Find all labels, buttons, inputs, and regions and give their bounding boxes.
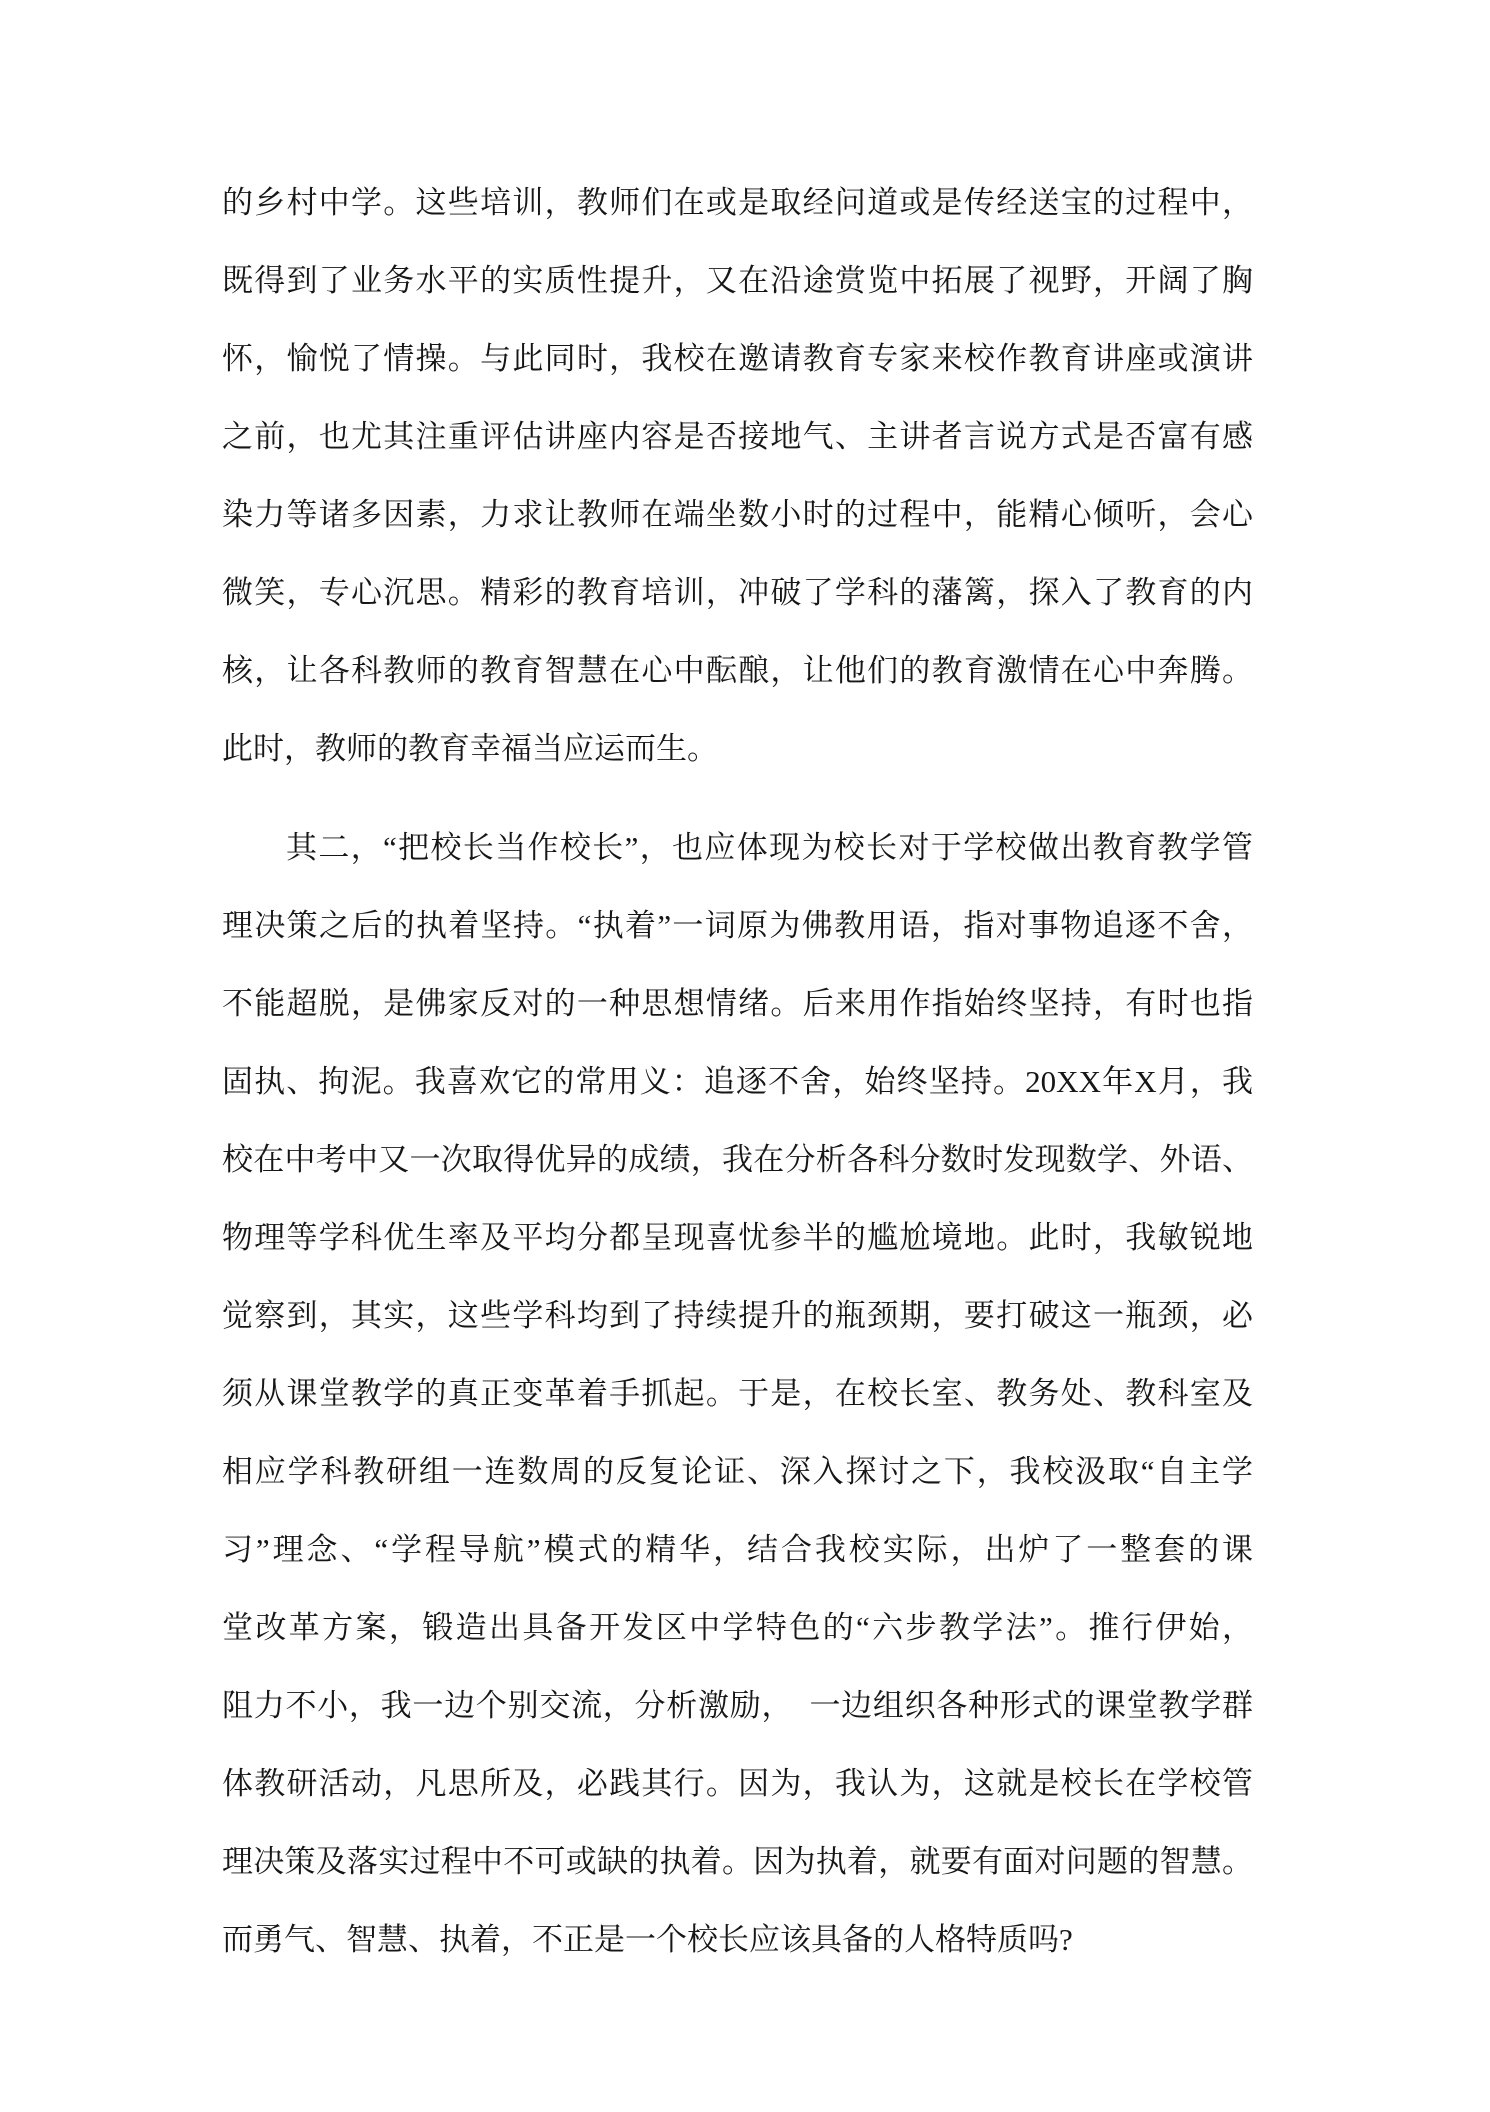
text-line: 怀，愉悦了情操。与此同时，我校在邀请教育专家来校作教育讲座或演讲 bbox=[222, 320, 1253, 398]
text-line: 既得到了业务水平的实质性提升，又在沿途赏览中拓展了视野，开阔了胸 bbox=[222, 242, 1253, 320]
text-line: 染力等诸多因素，力求让教师在端坐数小时的过程中，能精心倾听，会心 bbox=[222, 476, 1253, 554]
text-line: 校在中考中又一次取得优异的成绩，我在分析各科分数时发现数学、外语、 bbox=[222, 1121, 1253, 1199]
text-line: 阻力不小，我一边个别交流，分析激励， 一边组织各种形式的课堂教学群 bbox=[222, 1667, 1253, 1745]
text-line: 相应学科教研组一连数周的反复论证、深入探讨之下，我校汲取“自主学 bbox=[222, 1433, 1253, 1511]
document-body: 的乡村中学。这些培训，教师们在或是取经问道或是传经送宝的过程中，既得到了业务水平… bbox=[222, 164, 1253, 1979]
text-line: 物理等学科优生率及平均分都呈现喜忧参半的尴尬境地。此时，我敏锐地 bbox=[222, 1199, 1253, 1277]
text-line: 其二，“把校长当作校长”，也应体现为校长对于学校做出教育教学管 bbox=[222, 809, 1253, 887]
text-line: 固执、拘泥。我喜欢它的常用义：追逐不舍，始终坚持。20XX年X月，我 bbox=[222, 1043, 1253, 1121]
text-line: 觉察到，其实，这些学科均到了持续提升的瓶颈期，要打破这一瓶颈，必 bbox=[222, 1277, 1253, 1355]
text-line: 核，让各科教师的教育智慧在心中酝酿，让他们的教育激情在心中奔腾。 bbox=[222, 632, 1253, 710]
text-line: 之前，也尤其注重评估讲座内容是否接地气、主讲者言说方式是否富有感 bbox=[222, 398, 1253, 476]
text-line: 堂改革方案，锻造出具备开发区中学特色的“六步教学法”。推行伊始， bbox=[222, 1589, 1253, 1667]
text-line: 体教研活动，凡思所及，必践其行。因为，我认为，这就是校长在学校管 bbox=[222, 1745, 1253, 1823]
text-line: 理决策之后的执着坚持。“执着”一词原为佛教用语，指对事物追逐不舍， bbox=[222, 887, 1253, 965]
text-line: 习”理念、“学程导航”模式的精华，结合我校实际，出炉了一整套的课 bbox=[222, 1511, 1253, 1589]
text-line: 须从课堂教学的真正变革着手抓起。于是，在校长室、教务处、教科室及 bbox=[222, 1355, 1253, 1433]
text-line: 理决策及落实过程中不可或缺的执着。因为执着，就要有面对问题的智慧。 bbox=[222, 1823, 1253, 1901]
text-line: 而勇气、智慧、执着，不正是一个校长应该具备的人格特质吗? bbox=[222, 1901, 1253, 1979]
document-page: 的乡村中学。这些培训，教师们在或是取经问道或是传经送宝的过程中，既得到了业务水平… bbox=[0, 0, 1490, 2112]
text-line: 的乡村中学。这些培训，教师们在或是取经问道或是传经送宝的过程中， bbox=[222, 164, 1253, 242]
text-line: 微笑，专心沉思。精彩的教育培训，冲破了学科的藩篱，探入了教育的内 bbox=[222, 554, 1253, 632]
paragraph: 其二，“把校长当作校长”，也应体现为校长对于学校做出教育教学管理决策之后的执着坚… bbox=[222, 809, 1253, 1979]
text-line: 此时，教师的教育幸福当应运而生。 bbox=[222, 710, 1253, 788]
text-line: 不能超脱，是佛家反对的一种思想情绪。后来用作指始终坚持，有时也指 bbox=[222, 965, 1253, 1043]
paragraph: 的乡村中学。这些培训，教师们在或是取经问道或是传经送宝的过程中，既得到了业务水平… bbox=[222, 164, 1253, 788]
